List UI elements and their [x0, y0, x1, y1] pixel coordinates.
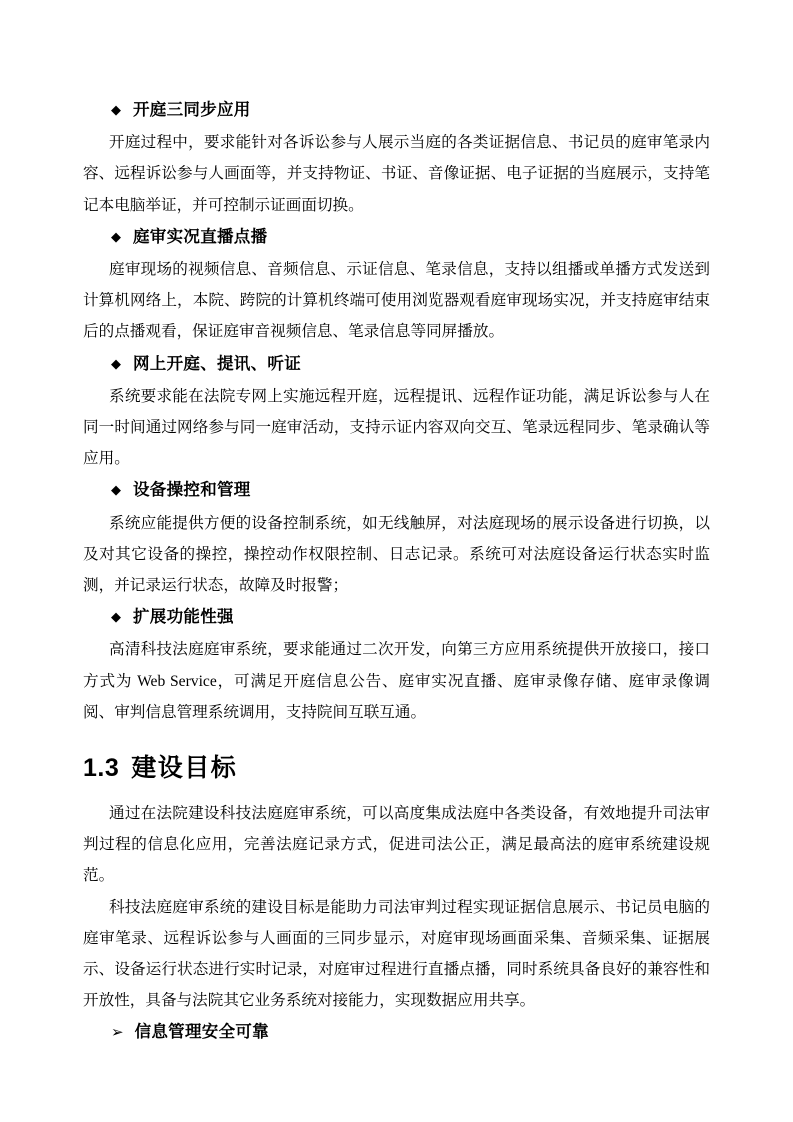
diamond-bullet-icon: ◆ [111, 95, 121, 126]
feature-heading-line: ◆开庭三同步应用 [83, 94, 710, 127]
feature-paragraph: 开庭过程中，要求能针对各诉讼参与人展示当庭的各类证据信息、书记员的庭审笔录内容、… [83, 127, 710, 221]
feature-heading-line: ◆网上开庭、提讯、听证 [83, 348, 710, 381]
feature-paragraph: 庭审现场的视频信息、音频信息、示证信息、笔录信息，支持以组播或单播方式发送到计算… [83, 254, 710, 348]
feature-heading-line: ◆扩展功能性强 [83, 601, 710, 634]
diamond-bullet-icon: ◆ [111, 602, 121, 633]
feature-section-live-broadcast: ◆庭审实况直播点播 庭审现场的视频信息、音频信息、示证信息、笔录信息，支持以组播… [83, 221, 710, 348]
feature-title: 设备操控和管理 [133, 480, 251, 499]
goal-paragraph: 通过在法院建设科技法庭庭审系统，可以高度集成法庭中各类设备，有效地提升司法审判过… [83, 798, 710, 892]
feature-title: 网上开庭、提讯、听证 [133, 354, 301, 373]
feature-paragraph: 系统要求能在法院专网上实施远程开庭，远程提讯、远程作证功能，满足诉讼参与人在同一… [83, 381, 710, 475]
feature-title: 扩展功能性强 [133, 607, 234, 626]
diamond-bullet-icon: ◆ [111, 349, 121, 380]
feature-paragraph: 系统应能提供方便的设备控制系统，如无线触屏，对法庭现场的展示设备进行切换，以及对… [83, 508, 710, 602]
document-page: ◆开庭三同步应用 开庭过程中，要求能针对各诉讼参与人展示当庭的各类证据信息、书记… [0, 0, 793, 1122]
feature-paragraph: 高清科技法庭庭审系统，要求能通过二次开发，向第三方应用系统提供开放接口，接口方式… [83, 634, 710, 728]
diamond-bullet-icon: ◆ [111, 475, 121, 506]
feature-section-extensibility: ◆扩展功能性强 高清科技法庭庭审系统，要求能通过二次开发，向第三方应用系统提供开… [83, 601, 710, 728]
section-heading-construction-goals: 1.3建设目标 [83, 748, 710, 788]
feature-title: 开庭三同步应用 [133, 100, 251, 119]
feature-section-court-three-sync: ◆开庭三同步应用 开庭过程中，要求能针对各诉讼参与人展示当庭的各类证据信息、书记… [83, 94, 710, 221]
feature-heading-line: ◆设备操控和管理 [83, 474, 710, 507]
arrow-bullet-icon: ➢ [111, 1017, 124, 1048]
section-number: 1.3 [83, 748, 119, 788]
feature-section-device-control: ◆设备操控和管理 系统应能提供方便的设备控制系统，如无线触屏，对法庭现场的展示设… [83, 474, 710, 601]
goal-bullet-line: ➢信息管理安全可靠 [83, 1016, 710, 1048]
feature-section-online-court: ◆网上开庭、提讯、听证 系统要求能在法院专网上实施远程开庭，远程提讯、远程作证功… [83, 348, 710, 475]
diamond-bullet-icon: ◆ [111, 222, 121, 253]
section-title: 建设目标 [131, 754, 237, 782]
feature-heading-line: ◆庭审实况直播点播 [83, 221, 710, 254]
feature-title: 庭审实况直播点播 [133, 227, 267, 246]
goal-paragraph: 科技法庭庭审系统的建设目标是能助力司法审判过程实现证据信息展示、书记员电脑的庭审… [83, 892, 710, 1017]
goal-bullet-title: 信息管理安全可靠 [135, 1022, 269, 1041]
